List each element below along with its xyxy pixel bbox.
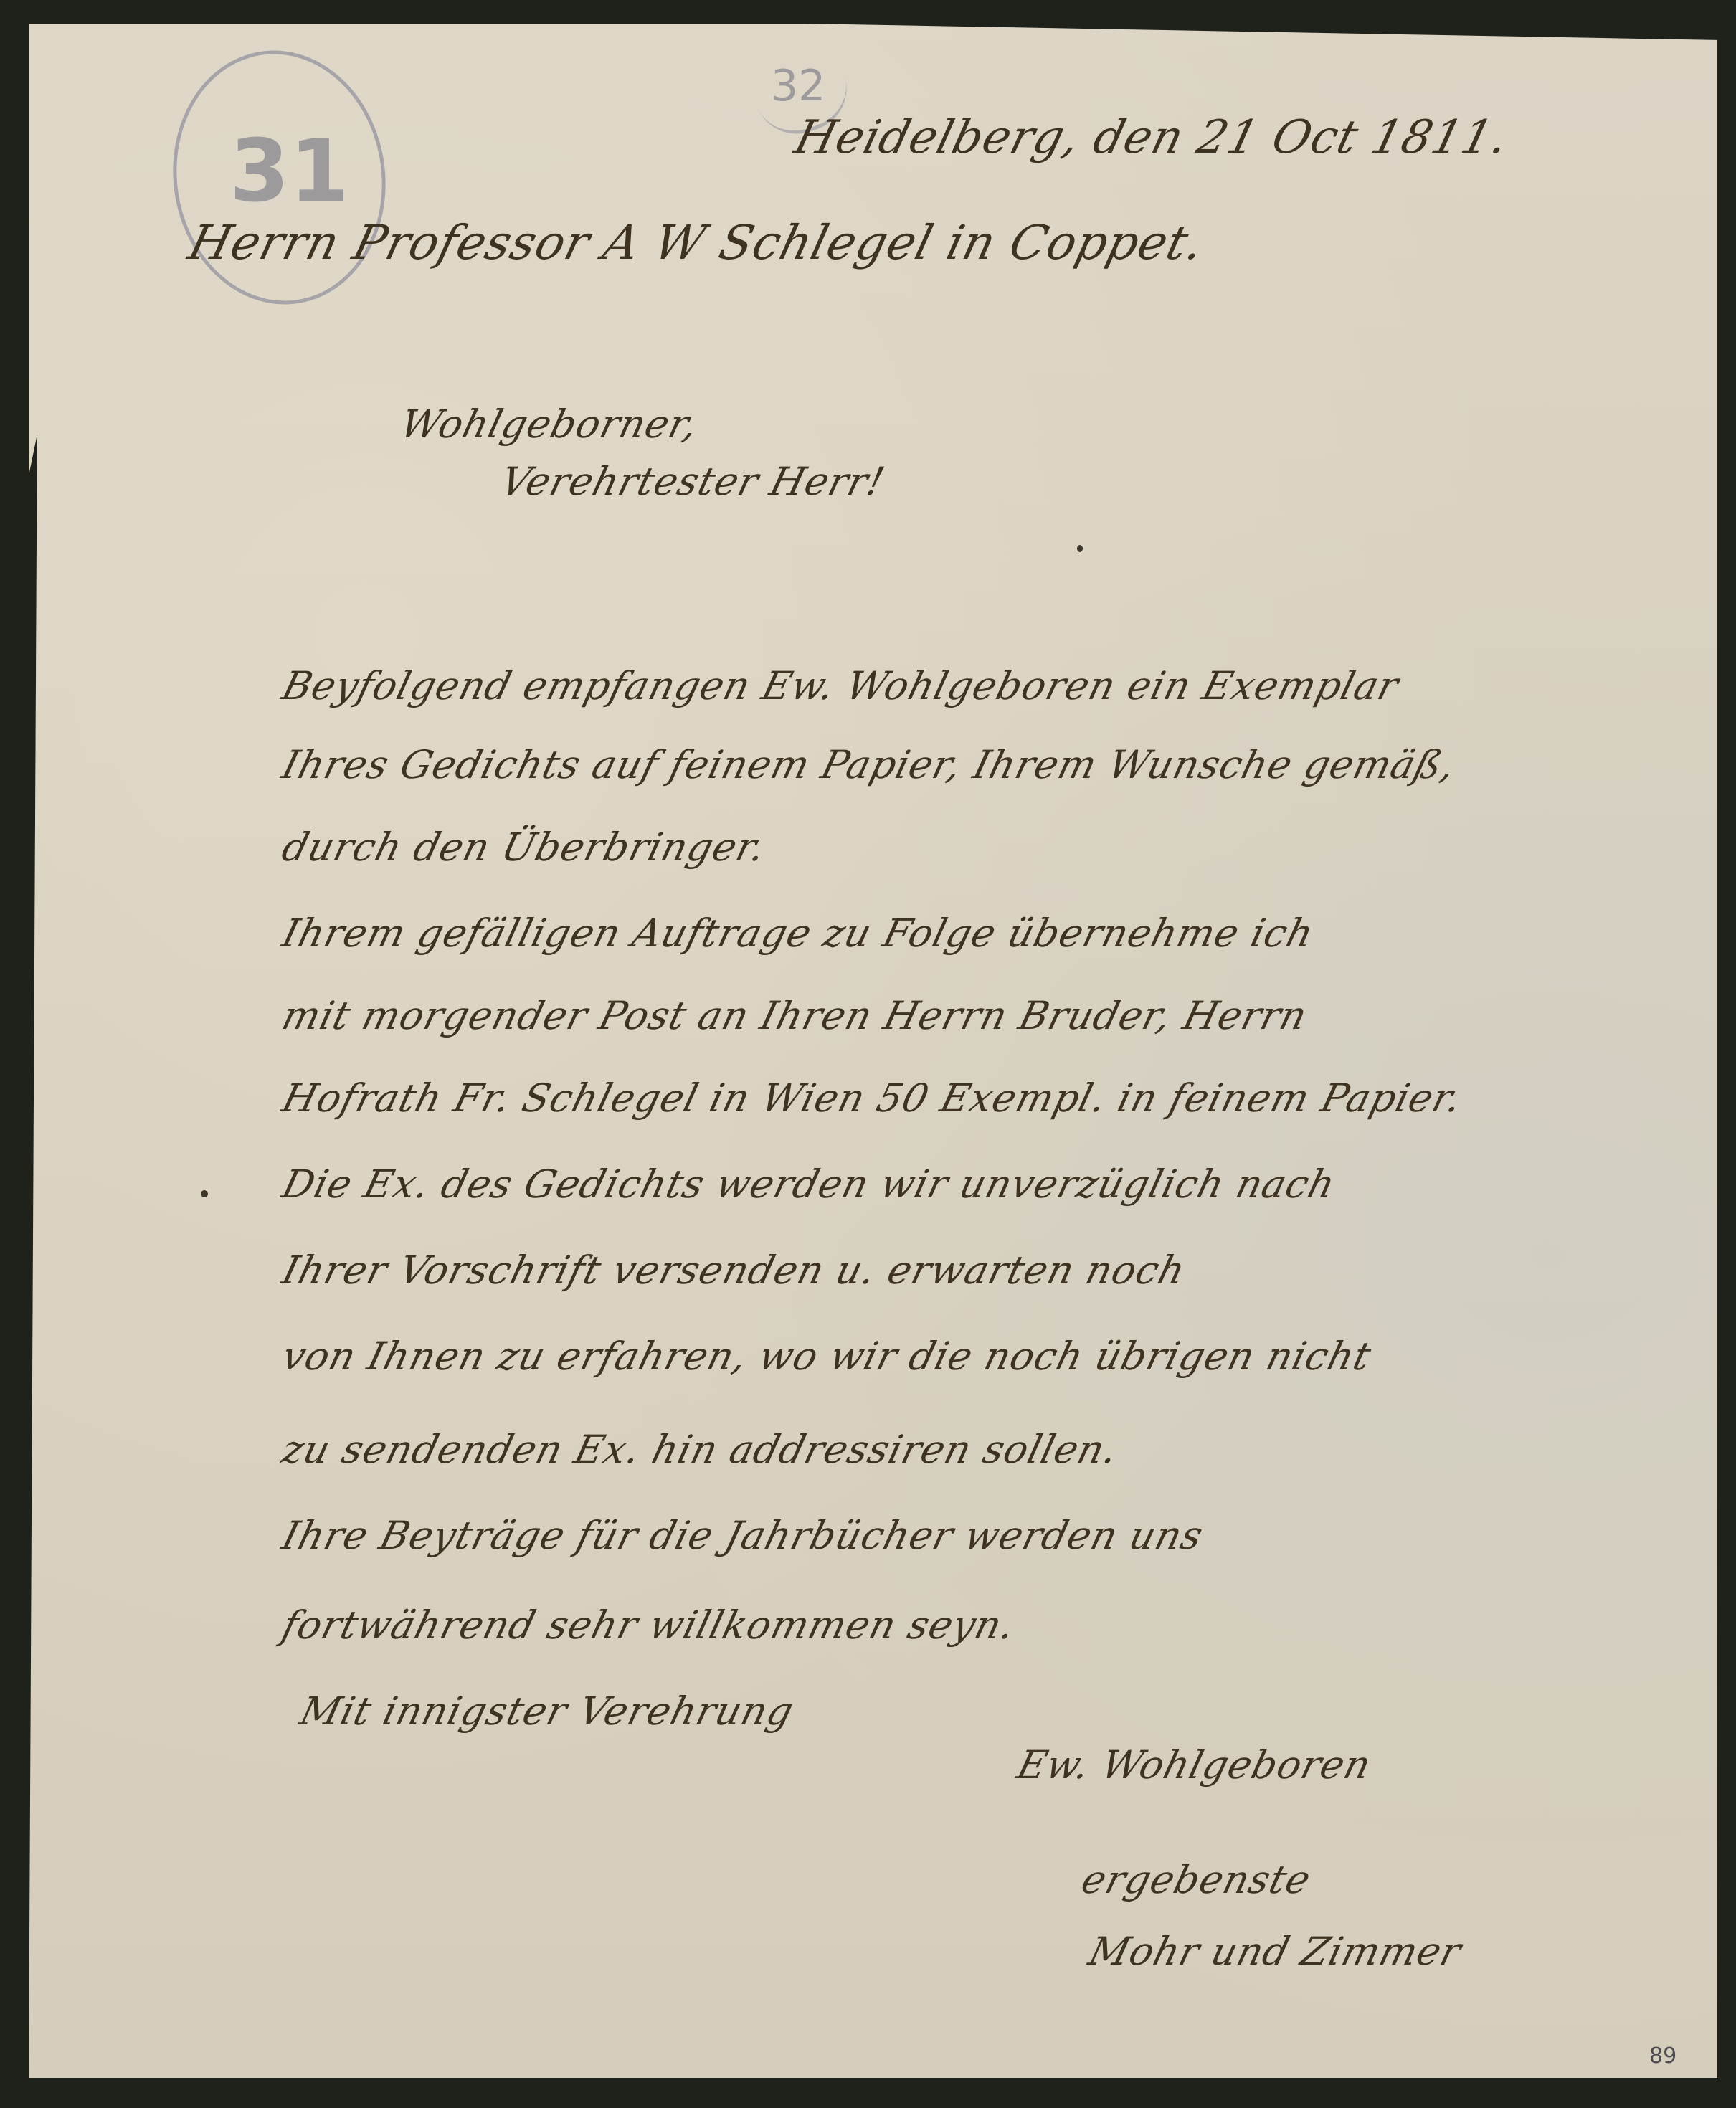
body-line: mit morgender Post an Ihren Herrn Bruder… bbox=[278, 993, 1312, 1038]
ink-spot bbox=[1077, 545, 1083, 552]
closing-line-1: Ew. Wohlgeboren bbox=[1012, 1742, 1376, 1787]
body-line: Hofrath Fr. Schlegel in Wien 50 Exempl. … bbox=[278, 1076, 1466, 1121]
archive-number-pencil: 32 bbox=[771, 61, 825, 111]
body-line: fortwährend sehr willkommen seyn. bbox=[278, 1603, 1020, 1648]
body-line: Ihres Gedichts auf feinem Papier, Ihrem … bbox=[278, 742, 1461, 787]
body-line: Ihrem gefälligen Auftrage zu Folge übern… bbox=[278, 911, 1319, 956]
letter-paper bbox=[29, 24, 1717, 2078]
body-line: von Ihnen zu erfahren, wo wir die noch ü… bbox=[278, 1334, 1376, 1379]
body-line: Die Ex. des Gedichts werden wir unverzüg… bbox=[278, 1162, 1340, 1207]
body-line: Ihre Beyträge für die Jahrbücher werden … bbox=[278, 1513, 1208, 1558]
signature: Mohr und Zimmer bbox=[1084, 1929, 1466, 1974]
folio-number: 89 bbox=[1649, 2043, 1676, 2069]
salutation-line-1: Wohlgeborner, bbox=[396, 402, 703, 447]
place-date: Heidelberg, den 21 Oct 1811. bbox=[789, 111, 1514, 164]
body-line: Beyfolgend empfangen Ew. Wohlgeboren ein… bbox=[278, 663, 1403, 708]
archive-number-circled: 31 bbox=[229, 122, 349, 222]
salutation-line-2: Verehrtester Herr! bbox=[496, 459, 889, 504]
body-line: zu sendenden Ex. hin addressiren sollen. bbox=[278, 1427, 1123, 1472]
body-line: Mit innigster Verehrung bbox=[295, 1689, 799, 1734]
closing-line-2: ergebenste bbox=[1077, 1857, 1316, 1902]
body-line: Ihrer Vorschrift versenden u. erwarten n… bbox=[278, 1248, 1190, 1293]
body-line: durch den Überbringer. bbox=[278, 825, 770, 870]
addressee: Herrn Professor A W Schlegel in Coppet. bbox=[183, 215, 1210, 270]
ink-spot bbox=[201, 1190, 208, 1197]
